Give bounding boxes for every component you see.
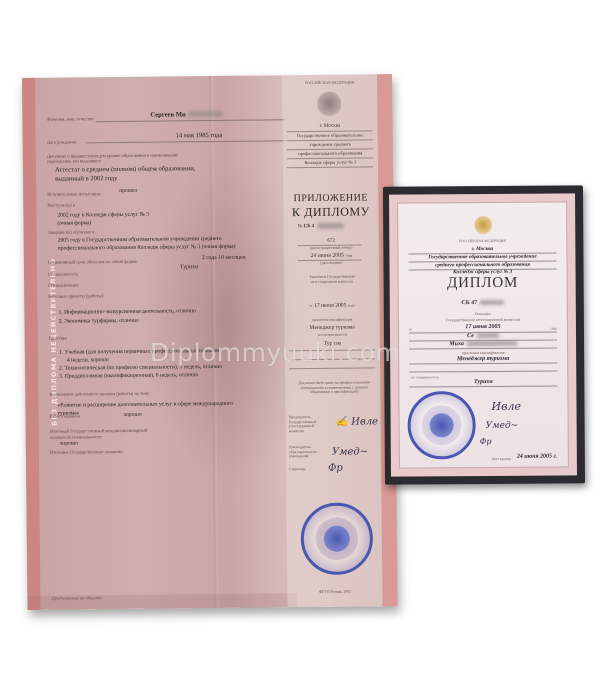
specialty: Туризм (399, 378, 567, 385)
city: г. Москва (282, 122, 377, 129)
prev-doc-label: Документ о предшествующем уровне образов… (47, 152, 197, 164)
decision-label: Решением Государственной аттестационной … (304, 274, 360, 285)
entrance-label: Вступительные испытания (47, 191, 100, 197)
institution-line: Государственное образовательное (283, 132, 378, 138)
divider (409, 385, 557, 387)
appendix-number: № СБ 4 (298, 222, 393, 229)
specialty-value: Туризм (180, 264, 198, 270)
issue-label: Дата выдачи (492, 457, 511, 461)
qualification-label: присвоена квалификация (285, 317, 380, 322)
graduate-surname: Се (399, 332, 567, 339)
printer-note: ФГУП Гознак, 2002 (287, 589, 382, 594)
reg-number-label: (регистрационный номер) (284, 245, 379, 250)
enrolled-value-2: (очная форма) (57, 220, 91, 226)
redaction (480, 300, 504, 305)
issue-date: 24 июня 2005 г. (517, 453, 557, 459)
institution-line: учреждение среднего (283, 141, 378, 147)
coat-of-arms-icon (474, 215, 492, 235)
field-line (95, 119, 285, 122)
coursework-item: 2. Экономика турфирмы, отлично (59, 318, 139, 325)
redaction (317, 223, 343, 229)
coursework-label: Курсовые проекты (работы): (48, 293, 104, 299)
bottom-band (27, 593, 297, 610)
country-label: РОССИЙСКАЯ ФЕДЕРАЦИЯ (282, 80, 377, 85)
specialization-label: Специализация (48, 282, 78, 287)
thesis-grade-label: Работа оценена (50, 413, 80, 418)
issue-date: 24 июня 2005 года (284, 252, 379, 259)
entrance-value: прошел (119, 188, 137, 194)
appendix-title-1: ПРИЛОЖЕНИЕ (283, 192, 378, 204)
secretary-signature: Фр (480, 437, 492, 446)
diploma-inner-frame: РОССИЙСКАЯ ФЕДЕРАЦИЯ г. Москва Государст… (397, 201, 569, 468)
graduated-label: Завершил(а) обучение в (48, 229, 95, 234)
diploma-title: ДИПЛОМ (399, 274, 567, 292)
left-security-stripe: БЕЗ ДИПЛОМА НЕДЕЙСТВИТЕЛЬНО (22, 78, 41, 610)
divider (287, 166, 373, 168)
coursework-item: 1. Информационно-экскурсионная деятельно… (58, 308, 195, 315)
diploma-booklet: РОССИЙСКАЯ ФЕДЕРАЦИЯ г. Москва Государст… (383, 185, 585, 484)
legal-note: Документ дает право на профессиональную … (297, 380, 371, 394)
director-label: Руководитель образовательного учреждения (289, 445, 325, 459)
diploma-institution-2: среднего профессионального образования (398, 261, 566, 268)
diploma-city: г. Москва (398, 245, 566, 252)
photo-scene: БЕЗ ДИПЛОМА НЕДЕЙСТВИТЕЛЬНО БЕЗ ДИПЛОМА … (0, 0, 600, 700)
exam-label-1: Итоговый Государственный междисциплинарн… (50, 428, 148, 434)
official-seal-stamp (300, 502, 373, 575)
decision-label-2: Государственной аттестационной комиссии (399, 316, 567, 322)
term-value: 2 года 10 месяцев (202, 255, 246, 261)
dob-label: Дата рождения (47, 139, 76, 144)
chairman-signature: ✍ Ивле (336, 416, 379, 427)
institution-line: Колледж сферы услуг № 3 (283, 159, 378, 165)
reg-number: 672 (284, 237, 379, 244)
issue-date-label: (дата выдачи) (284, 260, 379, 265)
graduated-value-2: профессионального образования Колледж сф… (58, 244, 236, 252)
prev-doc-value-1: Аттестат о среднем (полном) общем образо… (55, 165, 196, 173)
divider (409, 362, 557, 364)
enrolled-value-1: 2002 году в Колледж сферы услуг № 3 (57, 212, 149, 219)
decision-date: от 17 июня 2005 года (284, 302, 379, 309)
appendix-title-2: К ДИПЛОМУ (283, 204, 378, 220)
graduate-name: Миха (399, 340, 567, 347)
secretary-signature: Фр (328, 463, 343, 474)
graduated-value-1: 2005 году в Государственном образователь… (58, 236, 222, 244)
final-exam-label: Итоговые Государственные экзамены (50, 449, 123, 455)
enrolled-label: Поступил(а) в (47, 202, 75, 207)
thesis-grade: хорошо (124, 412, 142, 418)
practice-label: Практика (49, 336, 68, 341)
specialty-label: по специальности (285, 332, 380, 337)
thesis-value-1: «Развитие и расширение дополнительных ус… (57, 401, 233, 409)
exam-label-2: экзамен по специальности (50, 434, 102, 440)
dob-value: 14 мая 1985 года (176, 132, 223, 139)
divider (409, 370, 557, 372)
chairman-signature: Ивле (491, 400, 521, 413)
exam-grade: хорошо (60, 440, 78, 446)
field-line (86, 140, 286, 143)
divider (289, 367, 375, 369)
practice-item: 4 недели, хорошо (67, 357, 109, 363)
qualification: Менеджер туризма (285, 324, 380, 331)
redaction (189, 111, 223, 117)
decision-suffix: года (550, 326, 557, 330)
diploma-institution-1: Государственное образовательное учрежден… (398, 253, 566, 260)
term-label: Нормативный срок обучения по очной форме (48, 259, 137, 265)
diploma-country: РОССИЙСКАЯ ФЕДЕРАЦИЯ (398, 238, 566, 243)
name-label: Фамилия, имя, отчество (46, 116, 93, 121)
name-value: Сергеев Ми (150, 111, 223, 119)
prev-doc-value-2: выданный в 2002 году (55, 175, 117, 183)
diploma-page: РОССИЙСКАЯ ФЕДЕРАЦИЯ г. Москва Государст… (389, 193, 577, 476)
practice-item: 3. Преддипломная (квалификационная), 6 н… (59, 372, 198, 379)
director-signature: Умед~ (486, 421, 519, 431)
redaction (467, 341, 517, 346)
coat-of-arms-icon (317, 92, 341, 118)
redaction (477, 333, 499, 338)
director-signature: Умед~ (332, 446, 368, 457)
chairman-label: Председатель Государственной аттестацион… (289, 415, 325, 433)
qualification: Менеджер туризма (399, 355, 567, 362)
specialty-label: Специальность (48, 271, 78, 276)
diploma-series: СБ 47 (399, 299, 567, 306)
watermark: Diplommyuuki.com (150, 338, 400, 367)
official-seal-stamp (407, 391, 475, 459)
decision-date: 17 июня 2005 (399, 323, 567, 330)
institution-line: профессионального образования (283, 150, 378, 156)
thesis-label: Выполнение дипломного проекта (работы) н… (49, 391, 149, 397)
